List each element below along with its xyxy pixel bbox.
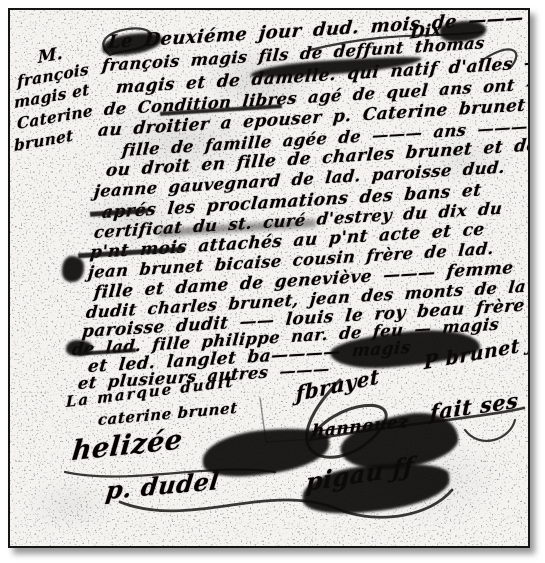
document-frame: M.françoismagis etCaterinebrunet Dix Le … [8, 8, 530, 548]
scan-page: M.françoismagis etCaterinebrunet Dix Le … [0, 0, 545, 563]
ink-blot [62, 256, 84, 282]
